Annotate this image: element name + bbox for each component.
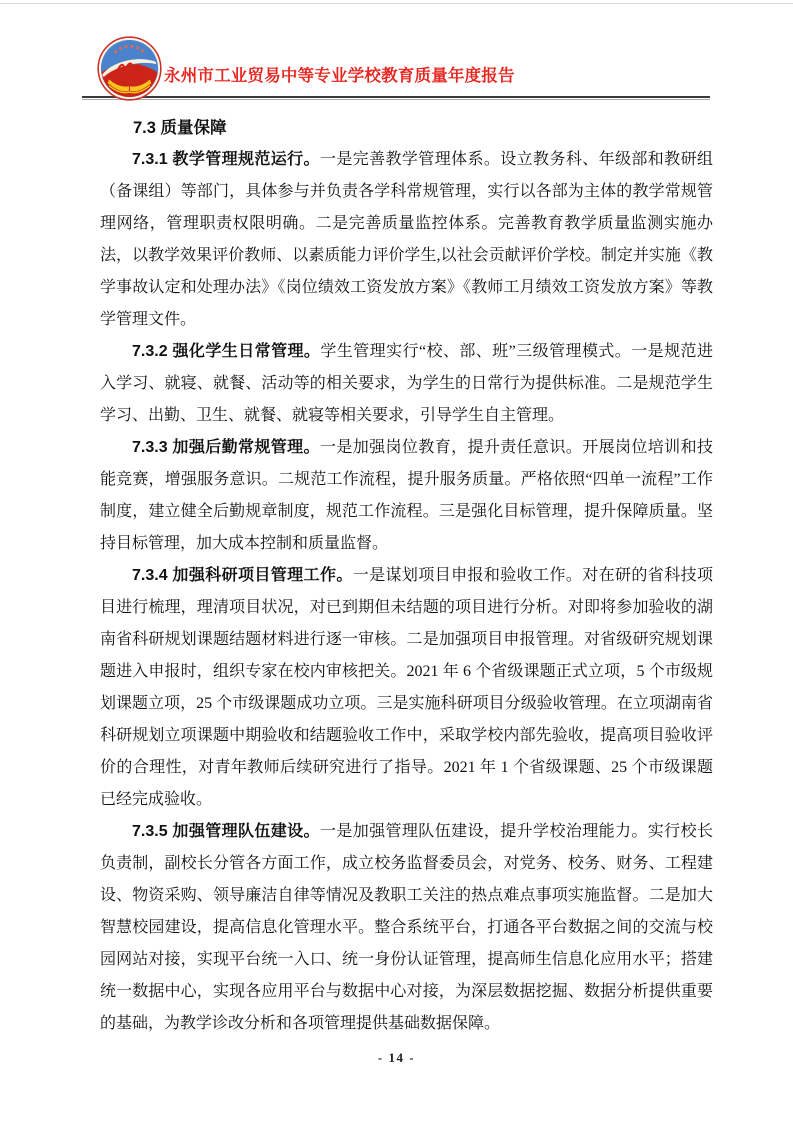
paragraph-text: 一是加强管理队伍建设，提升学校治理能力。实行校长负责制，副校长分管各方面工作，成… — [100, 823, 713, 1032]
paragraph-lead: 7.3.5 加强管理队伍建设。 — [132, 823, 320, 840]
paragraph-lead: 7.3.4 加强科研项目管理工作。 — [132, 567, 353, 584]
paragraph-lead: 7.3.2 强化学生日常管理。 — [132, 343, 320, 360]
header-title: 永州市工业贸易中等专业学校教育质量年度报告 — [164, 62, 515, 86]
paragraph: 7.3.1 教学管理规范运行。一是完善教学管理体系。设立教务科、年级部和教研组（… — [100, 144, 713, 336]
page-edge-line — [0, 3, 793, 4]
paragraphs: 7.3.1 教学管理规范运行。一是完善教学管理体系。设立教务科、年级部和教研组（… — [100, 144, 713, 1040]
section-heading: 7.3 质量保障 — [100, 112, 713, 144]
paragraph: 7.3.4 加强科研项目管理工作。一是谋划项目申报和验收工作。对在研的省科技项目… — [100, 560, 713, 816]
paragraph: 7.3.5 加强管理队伍建设。一是加强管理队伍建设，提升学校治理能力。实行校长负… — [100, 816, 713, 1040]
paragraph-text: 一是谋划项目申报和验收工作。对在研的省科技项目进行梳理，理清项目状况，对已到期但… — [100, 567, 713, 808]
page-footer: - 14 - — [0, 1050, 793, 1066]
paragraph: 7.3.3 加强后勤常规管理。一是加强岗位教育，提升责任意识。开展岗位培训和技能… — [100, 432, 713, 560]
paragraph-text: 一是完善教学管理体系。设立教务科、年级部和教研组（备课组）等部门，具体参与并负责… — [100, 151, 713, 328]
paragraph: 7.3.2 强化学生日常管理。学生管理实行“校、部、班”三级管理模式。一是规范进… — [100, 336, 713, 432]
page-number: - 14 - — [378, 1050, 415, 1065]
paragraph-lead: 7.3.1 教学管理规范运行。 — [132, 151, 320, 168]
document-page: 永州市工业贸易中等专业学校教育质量年度报告 7.3 质量保障 7.3.1 教学管… — [0, 0, 793, 1122]
paragraph-lead: 7.3.3 加强后勤常规管理。 — [132, 439, 320, 456]
header-rule — [82, 96, 710, 100]
school-badge-icon — [97, 36, 162, 101]
document-body: 7.3 质量保障 7.3.1 教学管理规范运行。一是完善教学管理体系。设立教务科… — [100, 112, 713, 1040]
